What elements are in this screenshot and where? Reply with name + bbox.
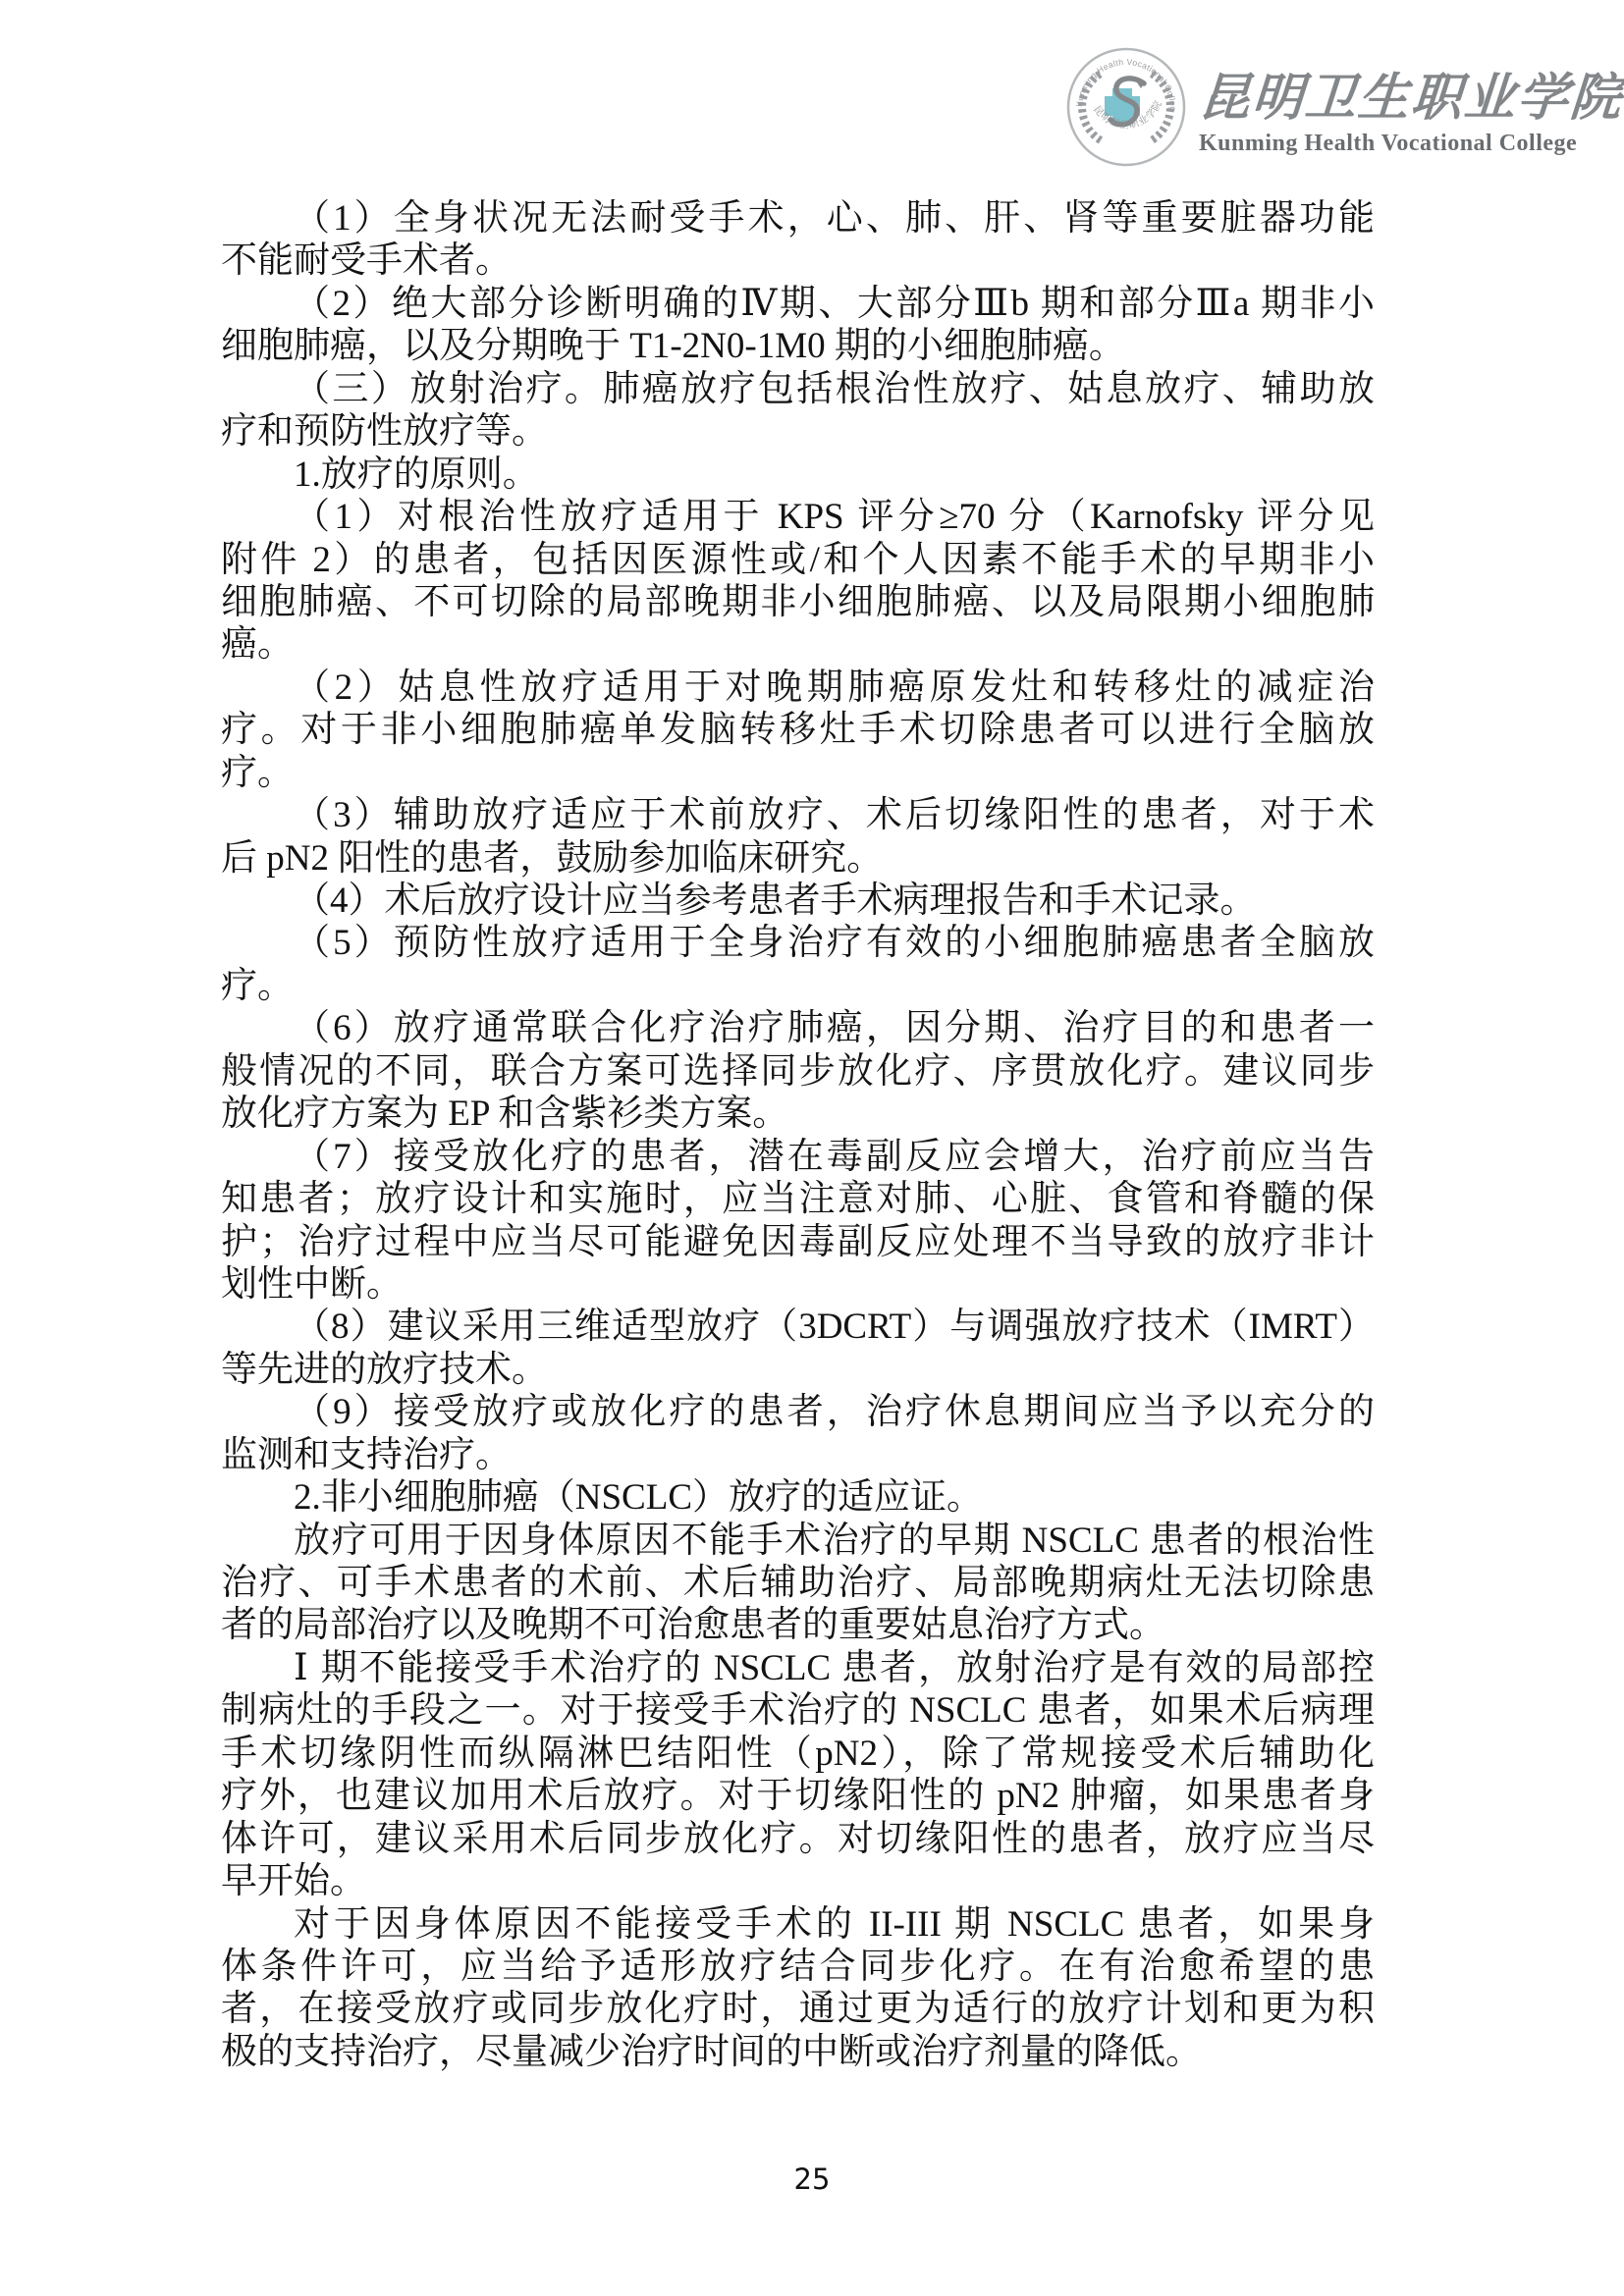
document-page: Kunming Health Vocational College 昆明卫生职业… — [0, 0, 1624, 2296]
text-line: 制病灶的手段之一。对于接受手术治疗的 NSCLC 患者，如果术后病理 — [221, 1689, 1375, 1732]
text-line: 疗。 — [221, 965, 1375, 1007]
text-line: 后 pN2 阳性的患者，鼓励参加临床研究。 — [221, 837, 1375, 880]
text-line: 手术切缘阴性而纵隔淋巴结阳性（pN2），除了常规接受术后辅助化 — [221, 1733, 1375, 1775]
text-line: 护；治疗过程中应当尽可能避免因毒副反应处理不当导致的放疗非计 — [221, 1221, 1375, 1263]
text-line: （5）预防性放疗适用于全身治疗有效的小细胞肺癌患者全脑放 — [221, 922, 1375, 964]
text-line: （2）绝大部分诊断明确的Ⅳ期、大部分Ⅲb 期和部分Ⅲa 期非小 — [221, 283, 1375, 325]
text-line: 放化疗方案为 EP 和含紫衫类方案。 — [221, 1093, 1375, 1135]
text-line: 者的局部治疗以及晚期不可治愈患者的重要姑息治疗方式。 — [221, 1604, 1375, 1646]
text-line: 疗。 — [221, 752, 1375, 794]
text-line: （8）建议采用三维适型放疗（3DCRT）与调强放疗技术（IMRT） — [221, 1306, 1375, 1348]
text-line: （三）放射治疗。肺癌放疗包括根治性放疗、姑息放疗、辅助放 — [221, 368, 1375, 410]
document-body: （1）全身状况无法耐受手术，心、肺、肝、肾等重要脏器功能不能耐受手术者。（2）绝… — [221, 197, 1375, 2073]
text-line: 1.放疗的原则。 — [221, 454, 1375, 496]
college-name-zh: 昆明卫生职业学院 — [1197, 72, 1624, 127]
text-line: （7）接受放化疗的患者，潜在毒副反应会增大，治疗前应当告 — [221, 1136, 1375, 1178]
text-line: 划性中断。 — [221, 1263, 1375, 1306]
college-header: Kunming Health Vocational College 昆明卫生职业… — [1065, 44, 1623, 170]
text-line: 等先进的放疗技术。 — [221, 1349, 1375, 1391]
text-line: 疗和预防性放疗等。 — [221, 410, 1375, 453]
text-line: 对于因身体原因不能接受手术的 II-III 期 NSCLC 患者，如果身 — [221, 1903, 1375, 1946]
text-line: （1）全身状况无法耐受手术，心、肺、肝、肾等重要脏器功能 — [221, 197, 1375, 240]
text-line: （4）术后放疗设计应当参考患者手术病理报告和手术记录。 — [221, 880, 1375, 922]
text-line: （2）姑息性放疗适用于对晚期肺癌原发灶和转移灶的减症治 — [221, 667, 1375, 709]
text-line: 附件 2）的患者，包括因医源性或/和个人因素不能手术的早期非小 — [221, 539, 1375, 581]
college-names: 昆明卫生职业学院 Kunming Health Vocational Colle… — [1199, 44, 1623, 157]
text-line: 细胞肺癌、不可切除的局部晚期非小细胞肺癌、以及局限期小细胞肺 — [221, 581, 1375, 623]
text-line: 极的支持治疗，尽量减少治疗时间的中断或治疗剂量的降低。 — [221, 2031, 1375, 2073]
text-line: 般情况的不同，联合方案可选择同步放化疗、序贯放化疗。建议同步 — [221, 1050, 1375, 1093]
text-line: 监测和支持治疗。 — [221, 1434, 1375, 1476]
text-line: 2.非小细胞肺癌（NSCLC）放疗的适应证。 — [221, 1476, 1375, 1519]
text-line: 疗。对于非小细胞肺癌单发脑转移灶手术切除患者可以进行全脑放 — [221, 709, 1375, 751]
text-line: 体许可，建议采用术后同步放化疗。对切缘阳性的患者，放疗应当尽 — [221, 1818, 1375, 1860]
text-line: 早开始。 — [221, 1860, 1375, 1902]
college-seal-icon: Kunming Health Vocational College 昆明卫生职业… — [1065, 44, 1187, 170]
page-number: 25 — [0, 2163, 1624, 2196]
text-line: （6）放疗通常联合化疗治疗肺癌，因分期、治疗目的和患者一 — [221, 1007, 1375, 1049]
text-line: 癌。 — [221, 623, 1375, 666]
text-line: 不能耐受手术者。 — [221, 240, 1375, 282]
text-line: 细胞肺癌，以及分期晚于 T1-2N0-1M0 期的小细胞肺癌。 — [221, 325, 1375, 367]
college-name-en: Kunming Health Vocational College — [1199, 131, 1623, 157]
text-line: 疗外，也建议加用术后放疗。对于切缘阳性的 pN2 肿瘤，如果患者身 — [221, 1775, 1375, 1817]
text-line: 知患者；放疗设计和实施时，应当注意对肺、心脏、食管和脊髓的保 — [221, 1178, 1375, 1220]
text-line: （3）辅助放疗适应于术前放疗、术后切缘阳性的患者，对于术 — [221, 794, 1375, 836]
text-line: （9）接受放疗或放化疗的患者，治疗休息期间应当予以充分的 — [221, 1391, 1375, 1433]
text-line: 放疗可用于因身体原因不能手术治疗的早期 NSCLC 患者的根治性 — [221, 1520, 1375, 1562]
text-line: 治疗、可手术患者的术前、术后辅助治疗、局部晚期病灶无法切除患 — [221, 1562, 1375, 1604]
text-line: （1）对根治性放疗适用于 KPS 评分≥70 分（Karnofsky 评分见 — [221, 496, 1375, 538]
text-line: Ⅰ 期不能接受手术治疗的 NSCLC 患者，放射治疗是有效的局部控 — [221, 1647, 1375, 1689]
text-line: 者，在接受放疗或同步放化疗时，通过更为适行的放疗计划和更为积 — [221, 1988, 1375, 2030]
text-line: 体条件许可，应当给予适形放疗结合同步化疗。在有治愈希望的患 — [221, 1946, 1375, 1988]
